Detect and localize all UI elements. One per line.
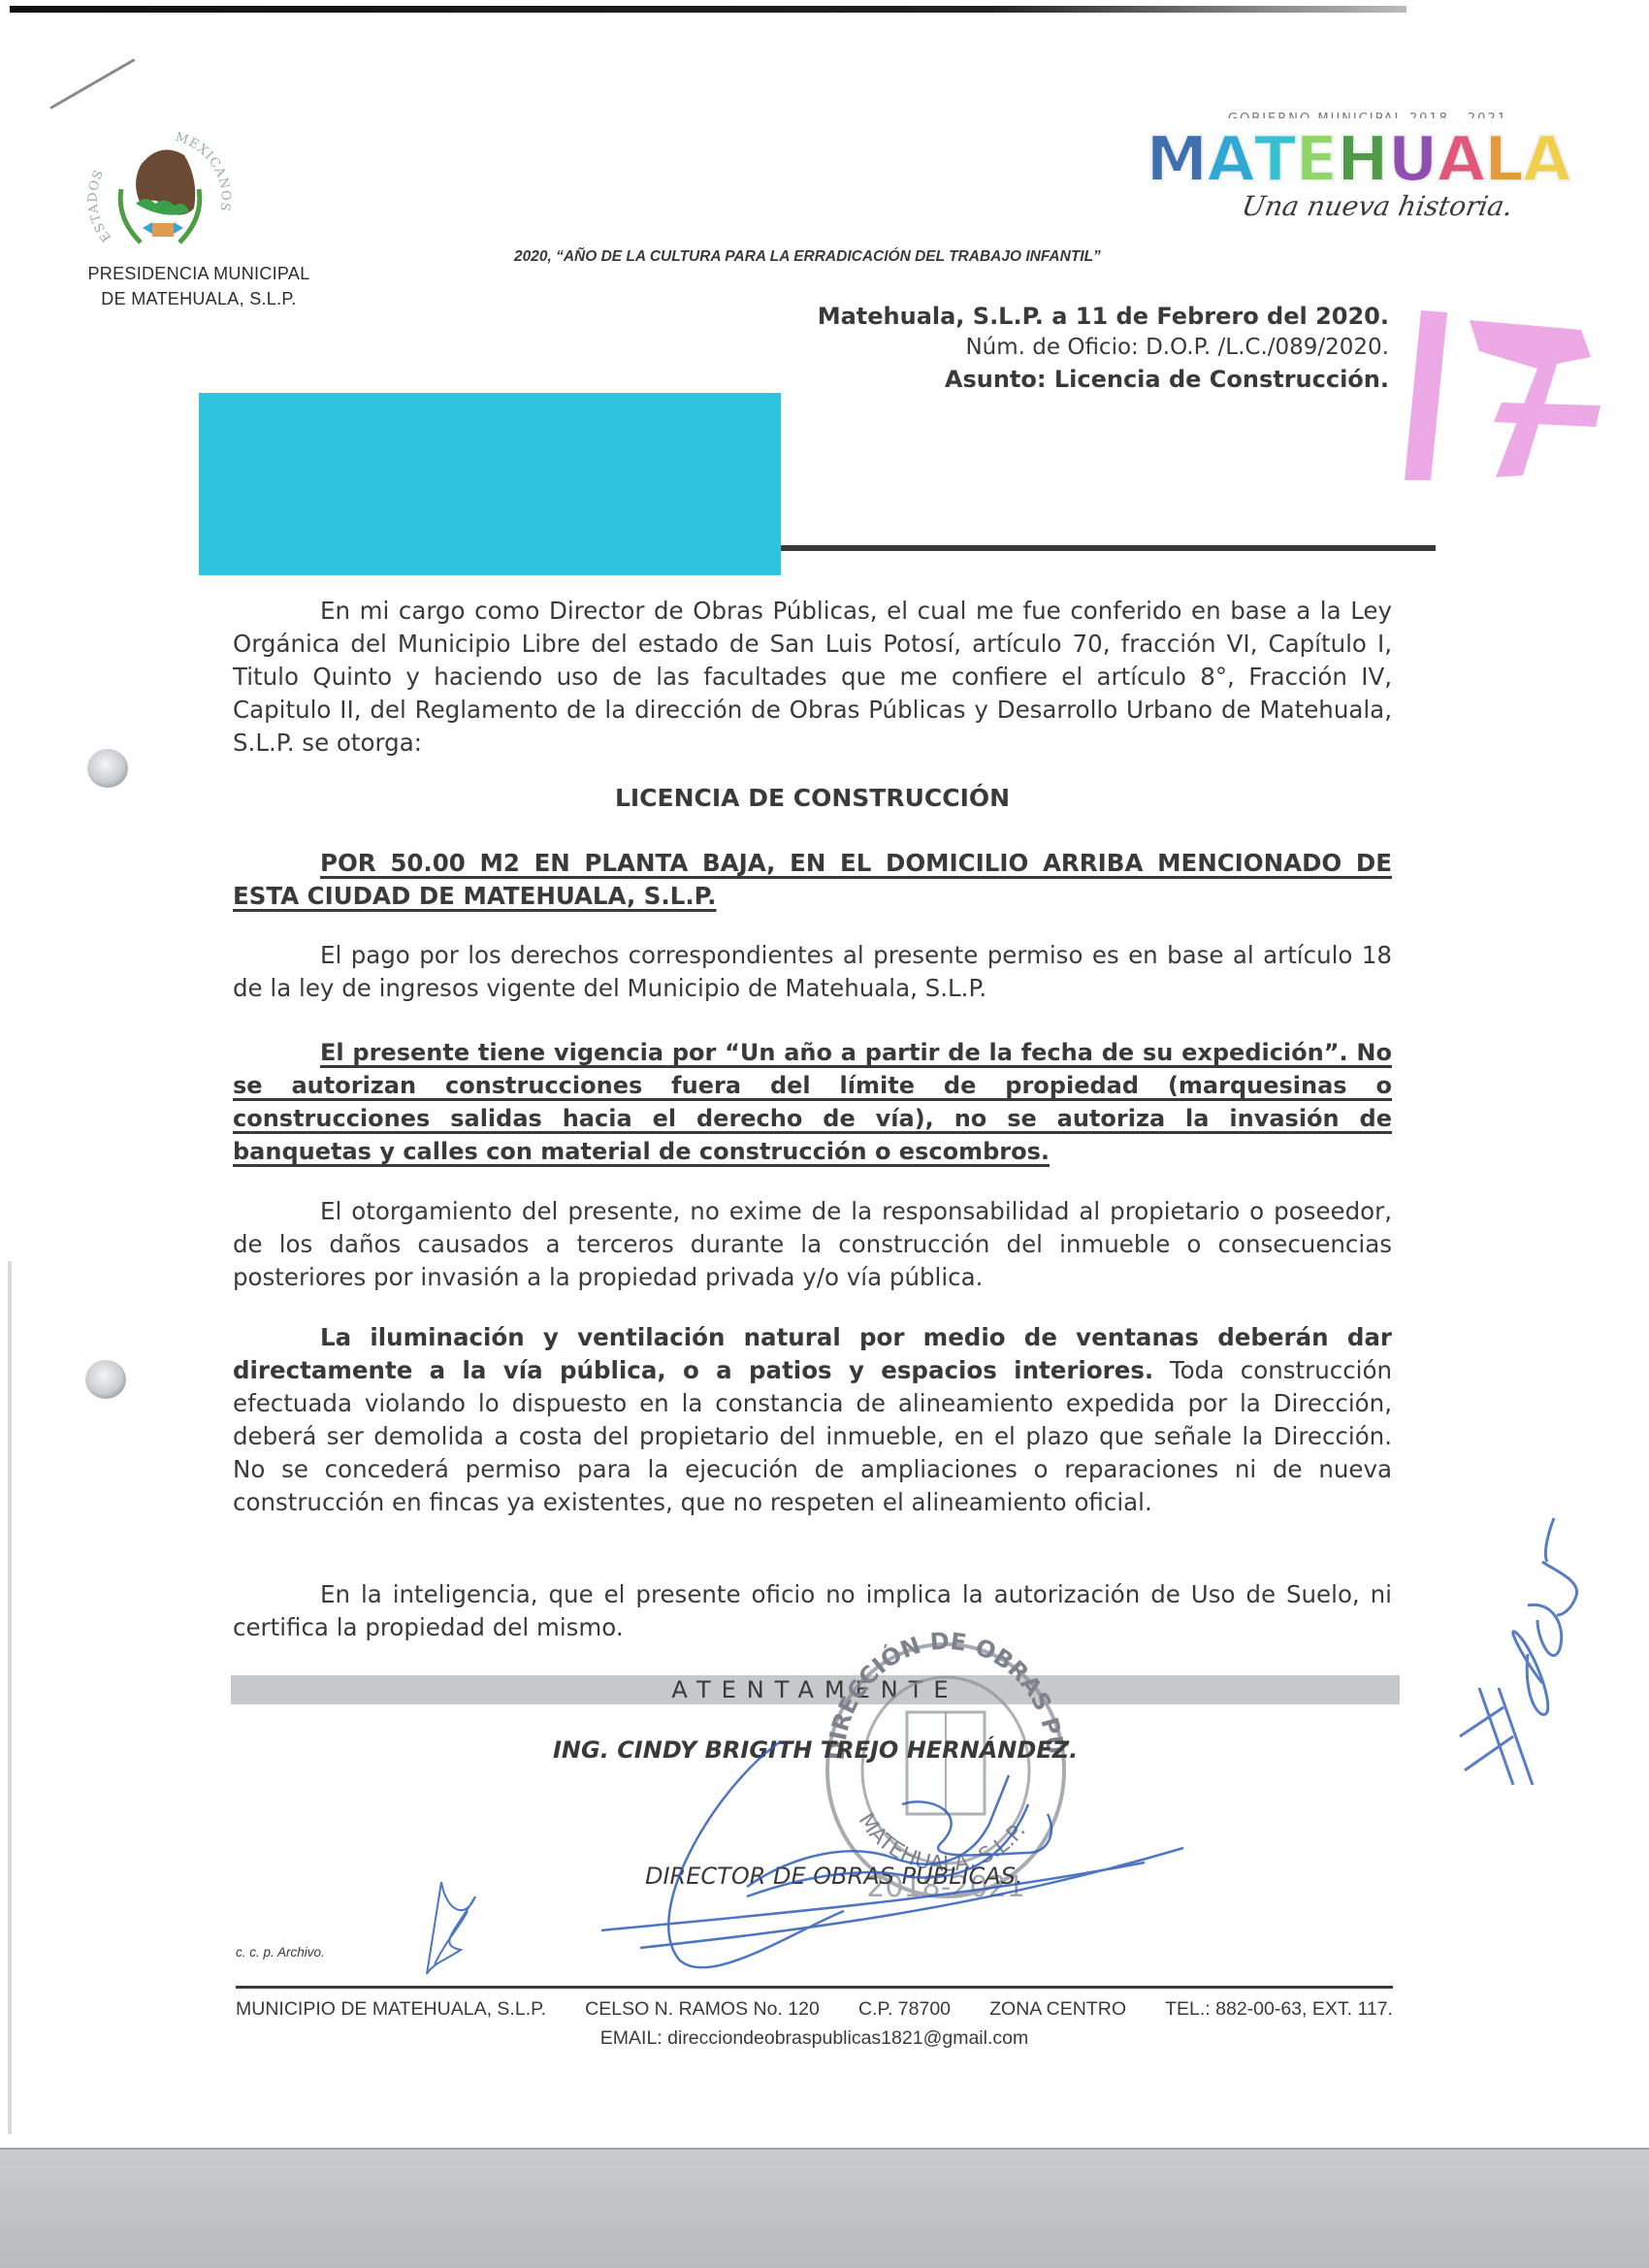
paragraph-validity: El presente tiene vigencia por “Un año a… (233, 1036, 1392, 1168)
place-date: Matehuala, S.L.P. a 11 de Febrero del 20… (818, 303, 1389, 330)
logo-tagline: Una nueva historia. (1219, 190, 1536, 222)
logo-letter: U (1388, 126, 1438, 194)
logo-letter: A (1438, 126, 1485, 194)
license-title: LICENCIA DE CONSTRUCCIÓN (233, 784, 1392, 812)
issuer-line-1: PRESIDENCIA MUNICIPAL (39, 264, 359, 284)
subject-line: Asunto: Licencia de Construcción. (945, 366, 1389, 393)
address-underline (781, 545, 1436, 551)
footer-rule (236, 1986, 1393, 1989)
footer-municipality: MUNICIPIO DE MATEHUALA, S.L.P. (236, 1998, 546, 2021)
handwritten-number-17 (1387, 291, 1610, 485)
logo-letter: A (1207, 126, 1254, 194)
hole-punch (85, 1360, 126, 1399)
mexican-coat-of-arms-icon: ESTADOS MEXICANOS (82, 121, 238, 267)
paragraph-liability: El otorgamiento del presente, no exime d… (233, 1195, 1392, 1294)
issuer-line-2: DE MATEHUALA, S.L.P. (39, 289, 359, 309)
svg-text:ESTADOS: ESTADOS (86, 168, 114, 244)
logo-letter: H (1337, 126, 1388, 194)
handwritten-signature (601, 1688, 1280, 1979)
footer-phone: TEL.: 882-00-63, EXT. 117. (1165, 1998, 1393, 2021)
hole-punch (87, 749, 128, 788)
paragraph-land-use: En la inteligencia, que el presente ofic… (233, 1578, 1392, 1644)
footer-email: EMAIL: direcciondeobraspublicas1821@gmai… (236, 2027, 1393, 2050)
redacted-recipient-block (199, 393, 781, 575)
scan-left-edge (8, 1261, 12, 2134)
paragraph-authority: En mi cargo como Director de Obras Públi… (233, 595, 1392, 760)
logo-letter: A (1523, 126, 1570, 194)
footer-street: CELSO N. RAMOS No. 120 (585, 1998, 820, 2021)
logo-letter: E (1295, 126, 1337, 194)
handwritten-margin-note (1445, 1504, 1610, 1785)
footer-zone: ZONA CENTRO (989, 1998, 1126, 2021)
year-motto: 2020, “AÑO DE LA CULTURA PARA LA ERRADIC… (514, 248, 1212, 266)
carbon-copy: c. c. p. Archivo. (236, 1945, 325, 1960)
matehuala-logo: MATEHUALA (1149, 126, 1567, 194)
scanner-bed-area (0, 2148, 1649, 2268)
license-scope: POR 50.00 M2 EN PLANTA BAJA, EN EL DOMIC… (233, 847, 1392, 913)
pen-mark (49, 58, 135, 110)
paragraph-payment: El pago por los derechos correspondiente… (233, 939, 1392, 1005)
handwritten-initials (407, 1872, 495, 1979)
paragraph-lighting: La iluminación y ventilación natural por… (233, 1321, 1392, 1519)
logo-letter: M (1147, 126, 1208, 194)
footer-address: MUNICIPIO DE MATEHUALA, S.L.P. CELSO N. … (236, 1998, 1393, 2021)
footer-postal-code: C.P. 78700 (858, 1998, 951, 2021)
logo-letter: T (1254, 126, 1296, 194)
scan-top-edge (10, 6, 1406, 13)
oficio-number: Núm. de Oficio: D.O.P. /L.C./089/2020. (965, 335, 1389, 360)
logo-letter: L (1484, 126, 1523, 194)
government-period: GOBIERNO MUNICIPAL 2018 - 2021 (1164, 109, 1571, 118)
